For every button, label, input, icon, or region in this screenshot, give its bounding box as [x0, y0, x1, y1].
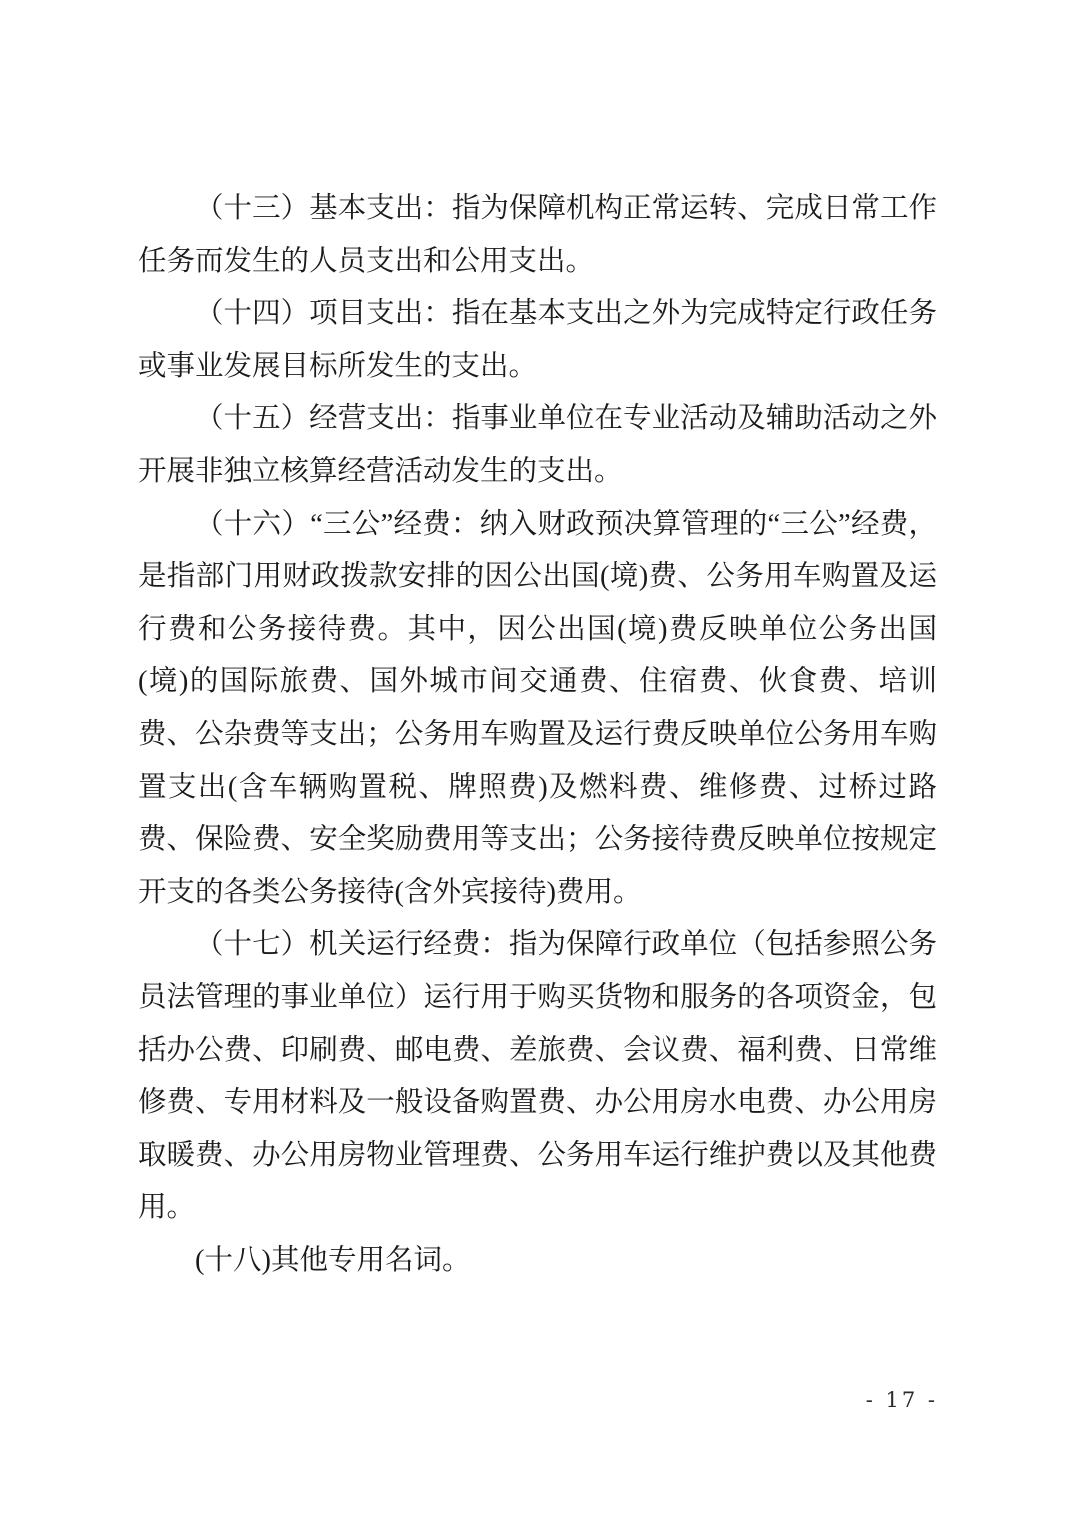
paragraph-item-18: (十八)其他专用名词。 — [138, 1235, 937, 1288]
document-body: （十三）基本支出：指为保障机构正常运转、完成日常工作任务而发生的人员支出和公用支… — [138, 183, 937, 1287]
paragraph-item-17: （十七）机关运行经费：指为保障行政单位（包括参照公务员法管理的事业单位）运行用于… — [138, 919, 937, 1235]
paragraph-item-13: （十三）基本支出：指为保障机构正常运转、完成日常工作任务而发生的人员支出和公用支… — [138, 183, 937, 288]
paragraph-item-16: （十六）“三公”经费：纳入财政预决算管理的“三公”经费，是指部门用财政拨款安排的… — [138, 499, 937, 920]
page-number: - 17 - — [866, 1388, 938, 1412]
paragraph-item-14: （十四）项目支出：指在基本支出之外为完成特定行政任务或事业发展目标所发生的支出。 — [138, 288, 937, 393]
document-page: （十三）基本支出：指为保障机构正常运转、完成日常工作任务而发生的人员支出和公用支… — [0, 0, 1074, 1520]
paragraph-item-15: （十五）经营支出：指事业单位在专业活动及辅助活动之外开展非独立核算经营活动发生的… — [138, 393, 937, 498]
